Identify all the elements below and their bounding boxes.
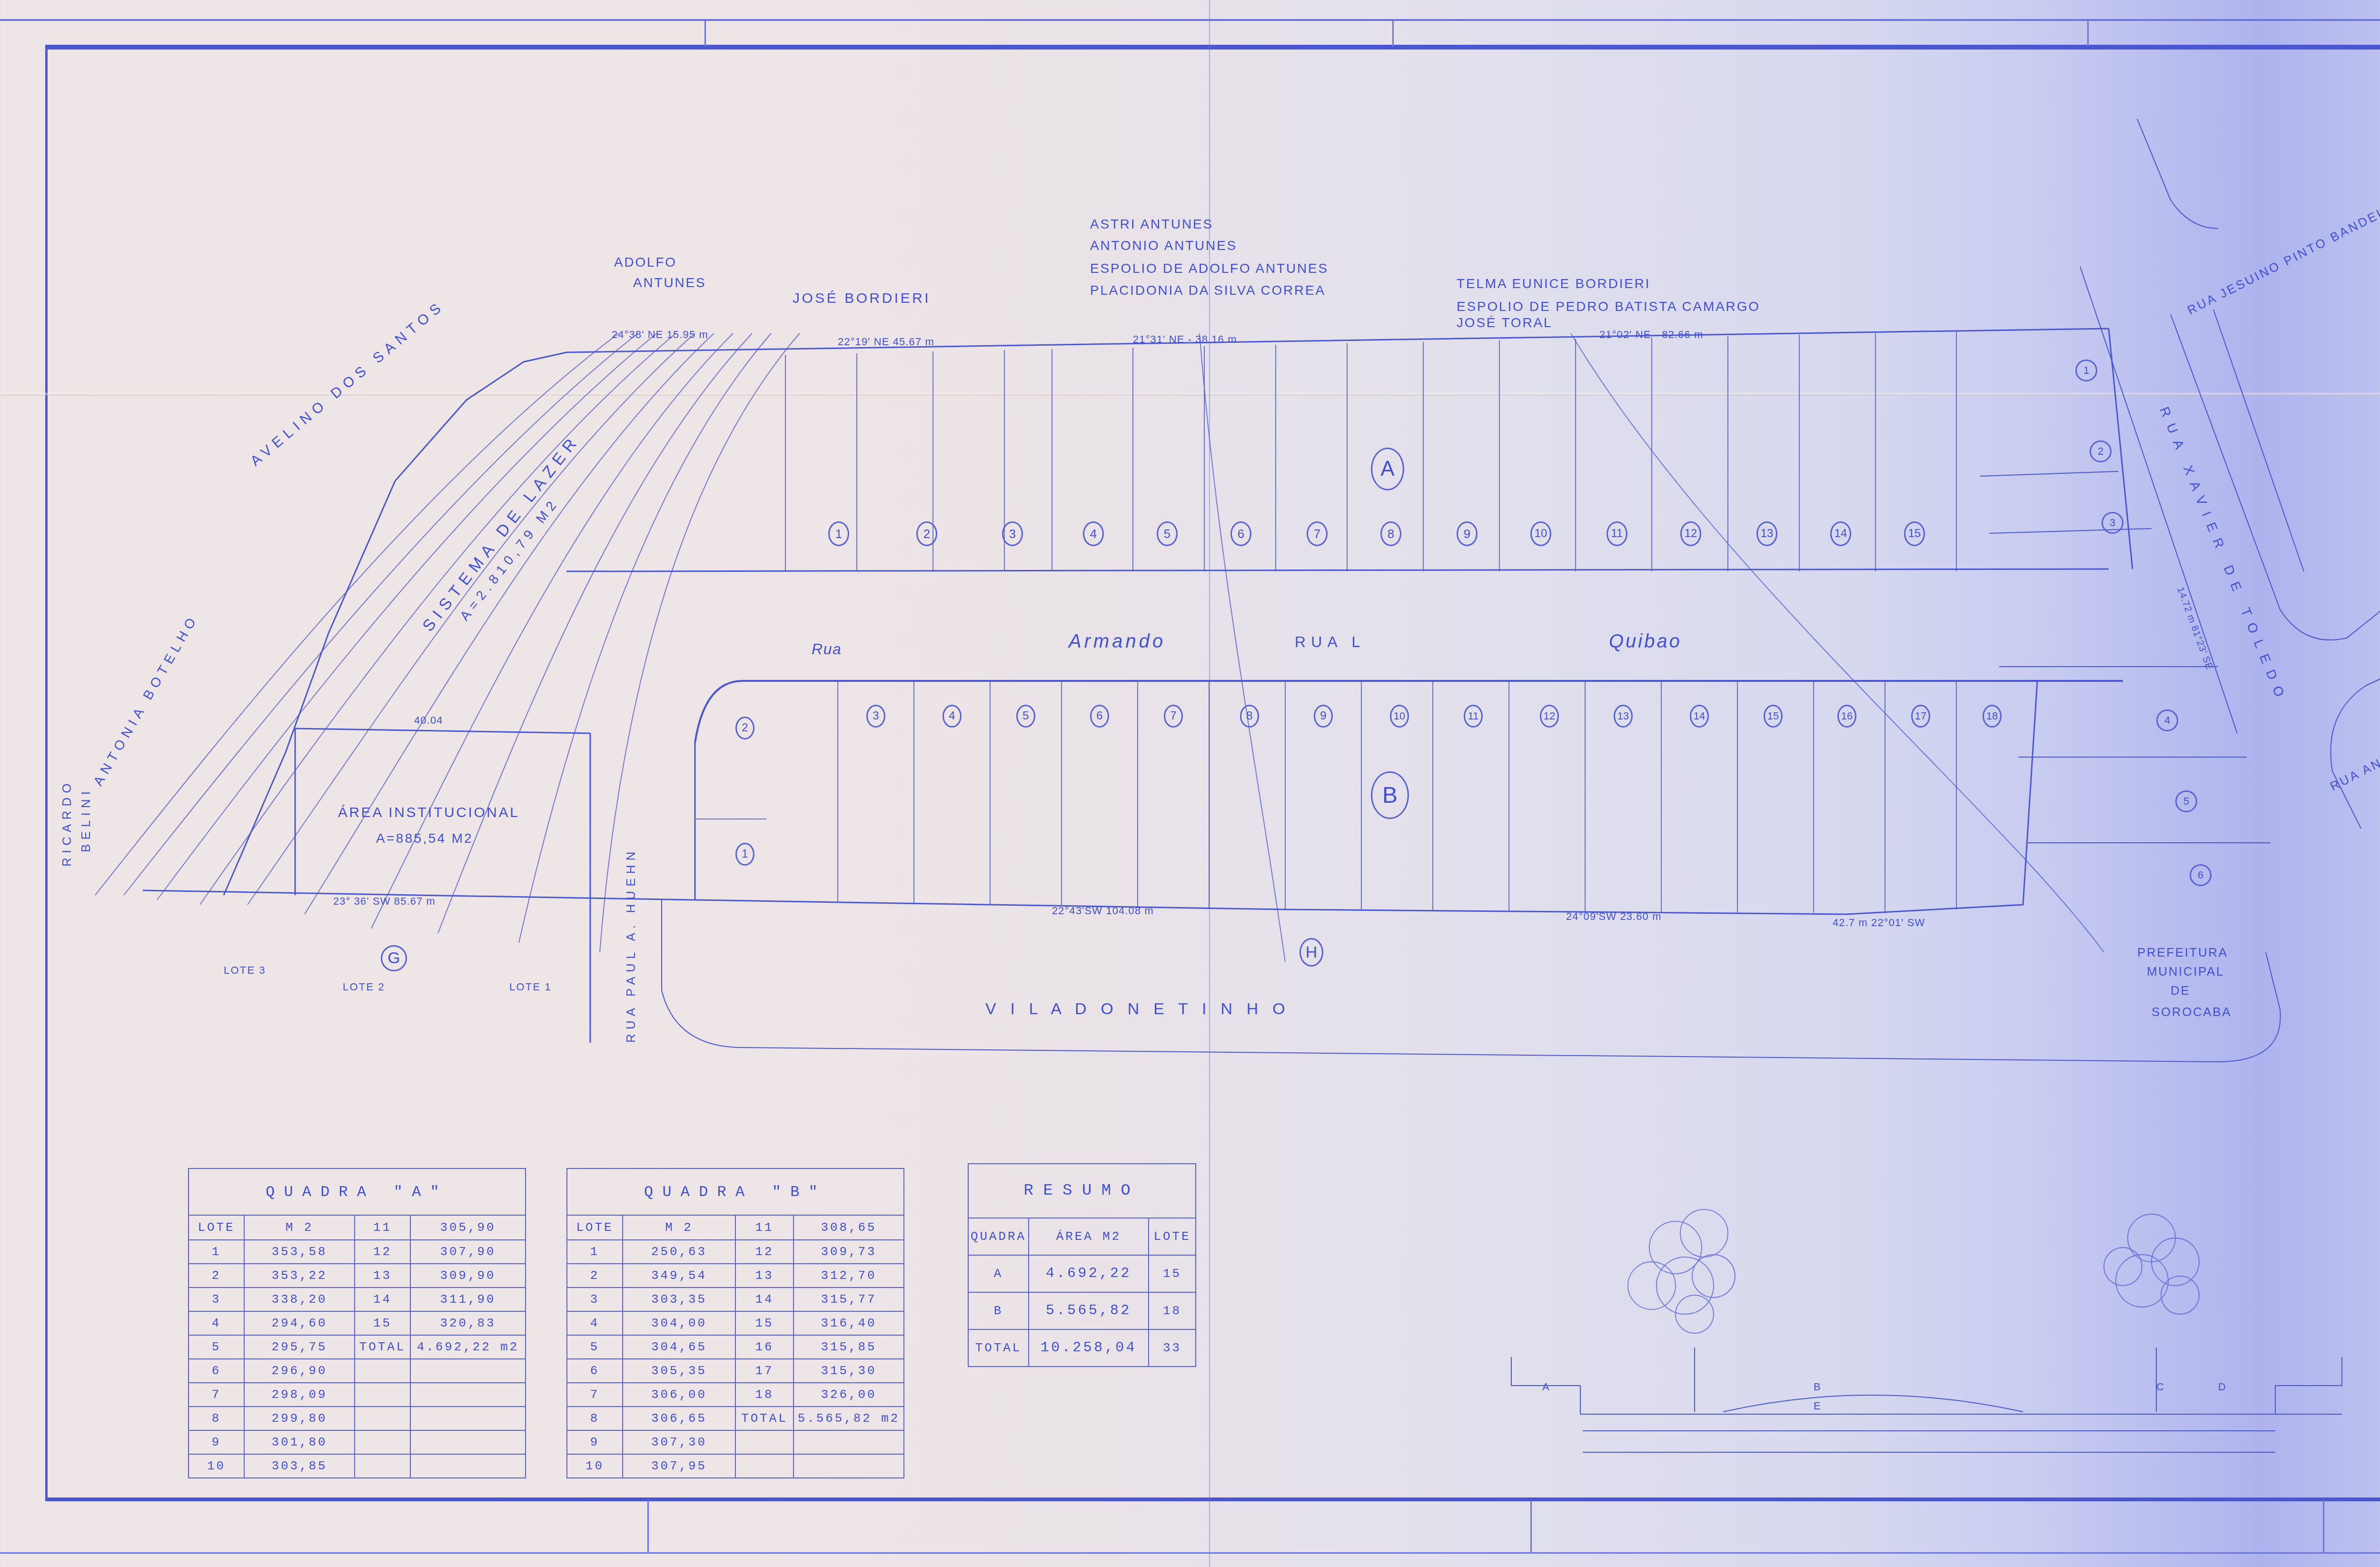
neighbor-prefeitura-2: MUNICIPAL (2147, 964, 2224, 979)
dim-inst-top: 40.04 (414, 714, 443, 727)
lot-a-11: 11 (1606, 521, 1627, 546)
neighbor-ricardo-2: BELINI (79, 787, 93, 852)
neighbor-adolfo-1: ADOLFO (614, 255, 677, 270)
bearing-top-4: 21°02' NE - 82.66 m (1599, 329, 1704, 341)
lot-a-9: 9 (1457, 521, 1478, 546)
block-b-marker: B (1371, 771, 1409, 819)
lot-b-6: 6 (1090, 705, 1109, 728)
side-lot-1: 1 (2075, 359, 2097, 381)
bearing-top-1: 24°38' NE 15.95 m (612, 329, 708, 341)
lote-1-label: LOTE 1 (509, 981, 552, 993)
lot-a-7: 7 (1307, 521, 1328, 546)
lot-b-13: 13 (1614, 705, 1633, 728)
quadra-b-table: QUADRA "B" LOTEM 211308,65 1250,6312309,… (566, 1168, 904, 1478)
bearing-top-3: 21°31' NE - 38.16 m (1133, 333, 1237, 346)
lot-b-7: 7 (1164, 705, 1183, 728)
street-rua-label: Rua (812, 640, 842, 658)
area-institucional-label: ÁREA INSTITUCIONAL (338, 805, 520, 821)
bearing-bottom-1: 22°43'SW 104.08 m (1052, 905, 1154, 917)
lot-b-15: 15 (1764, 705, 1783, 728)
resumo-table: RESUMO QUADRAÁREA M2LOTE A4.692,2215 B5.… (968, 1163, 1196, 1367)
lot-a-1: 1 (828, 521, 849, 546)
lot-b-4: 4 (942, 705, 962, 728)
lot-a-12: 12 (1680, 521, 1701, 546)
lot-a-2: 2 (916, 521, 937, 546)
neighbor-prefeitura-4: SOROCABA (2152, 1005, 2231, 1019)
street-rua-l: RUA L (1295, 633, 1365, 651)
block-g-marker: G (381, 945, 407, 971)
side-lot-3: 3 (2102, 512, 2123, 534)
lot-b-12: 12 (1540, 705, 1559, 728)
lot-b-2: 2 (735, 717, 754, 739)
lot-b-8: 8 (1240, 705, 1259, 728)
lot-b-1: 1 (735, 843, 754, 866)
street-armando: Armando (1069, 631, 1166, 652)
lot-a-5: 5 (1157, 521, 1178, 546)
resumo-title: RESUMO (968, 1164, 1196, 1218)
neighbor-prefeitura-3: DE (2171, 983, 2190, 998)
neighbor-telma: TELMA EUNICE BORDIERI (1457, 276, 1650, 291)
lot-b-14: 14 (1690, 705, 1709, 728)
bearing-top-2: 22°19' NE 45.67 m (838, 336, 934, 348)
neighbor-prefeitura-1: PREFEITURA (2137, 945, 2228, 960)
lot-a-14: 14 (1830, 521, 1851, 546)
lot-b-11: 11 (1464, 705, 1483, 728)
block-a-marker: A (1371, 448, 1404, 490)
neighbor-espolio-adolfo: ESPOLIO DE ADOLFO ANTUNES (1090, 261, 1329, 276)
section-label-c: C (2156, 1381, 2168, 1393)
lot-b-18: 18 (1983, 705, 2002, 728)
street-paul: RUA PAUL A. HUEHN (624, 848, 638, 1043)
section-label-e: E (1814, 1400, 1824, 1412)
side-lot-2: 2 (2090, 440, 2112, 462)
quadra-a-title: QUADRA "A" (188, 1168, 526, 1215)
neighbor-jose-toral: JOSÉ TORAL (1457, 315, 1552, 330)
lot-a-6: 6 (1230, 521, 1251, 546)
lot-b-5: 5 (1016, 705, 1035, 728)
lot-b-16: 16 (1837, 705, 1856, 728)
neighbor-jose-bordieri: JOSÉ BORDIERI (793, 290, 931, 307)
neighbor-adolfo-2: ANTUNES (633, 275, 706, 290)
lot-b-3: 3 (866, 705, 885, 728)
neighbor-placidonia: PLACIDONIA DA SILVA CORREA (1090, 283, 1326, 298)
section-label-b: B (1814, 1381, 1824, 1393)
lote-3-label: LOTE 3 (224, 964, 266, 977)
lot-b-17: 17 (1911, 705, 1930, 728)
lot-b-9: 9 (1314, 705, 1333, 728)
lot-b-10: 10 (1390, 705, 1409, 728)
neighbor-espolio-pedro: ESPOLIO DE PEDRO BATISTA CAMARGO (1457, 299, 1760, 314)
neighbor-vila-netinho: V I L A D O N E T I N H O (985, 1000, 1290, 1018)
side-lot-6: 6 (2190, 864, 2211, 886)
lot-a-3: 3 (1002, 521, 1023, 546)
neighbor-ricardo-1: RICARDO (59, 779, 74, 867)
neighbor-antonio-antunes: ANTONIO ANTUNES (1090, 238, 1237, 253)
section-label-a: A (1542, 1381, 1553, 1393)
quadra-a-table: QUADRA "A" LOTEM 211305,90 1353,5812307,… (188, 1168, 526, 1478)
quadra-b-title: QUADRA "B" (567, 1168, 904, 1215)
area-institucional-value: A=885,54 M2 (376, 831, 473, 846)
lot-a-8: 8 (1380, 521, 1401, 546)
lot-a-10: 10 (1530, 521, 1551, 546)
side-lot-4: 4 (2156, 709, 2178, 731)
dim-inst-bottom: 23° 36' SW 85.67 m (333, 895, 436, 908)
lote-2-label: LOTE 2 (343, 981, 385, 993)
street-quibao: Quibao (1609, 631, 1682, 652)
side-lot-5: 5 (2175, 790, 2197, 812)
bearing-bottom-3: 42.7 m 22°01' SW (1833, 917, 1925, 929)
neighbor-astri-antunes: ASTRI ANTUNES (1090, 217, 1213, 232)
bearing-bottom-2: 24°09'SW 23.60 m (1566, 910, 1662, 923)
lot-a-15: 15 (1904, 521, 1925, 546)
lot-a-13: 13 (1756, 521, 1777, 546)
lot-a-4: 4 (1083, 521, 1104, 546)
block-h-marker: H (1299, 938, 1323, 967)
section-label-d: D (2218, 1381, 2230, 1393)
